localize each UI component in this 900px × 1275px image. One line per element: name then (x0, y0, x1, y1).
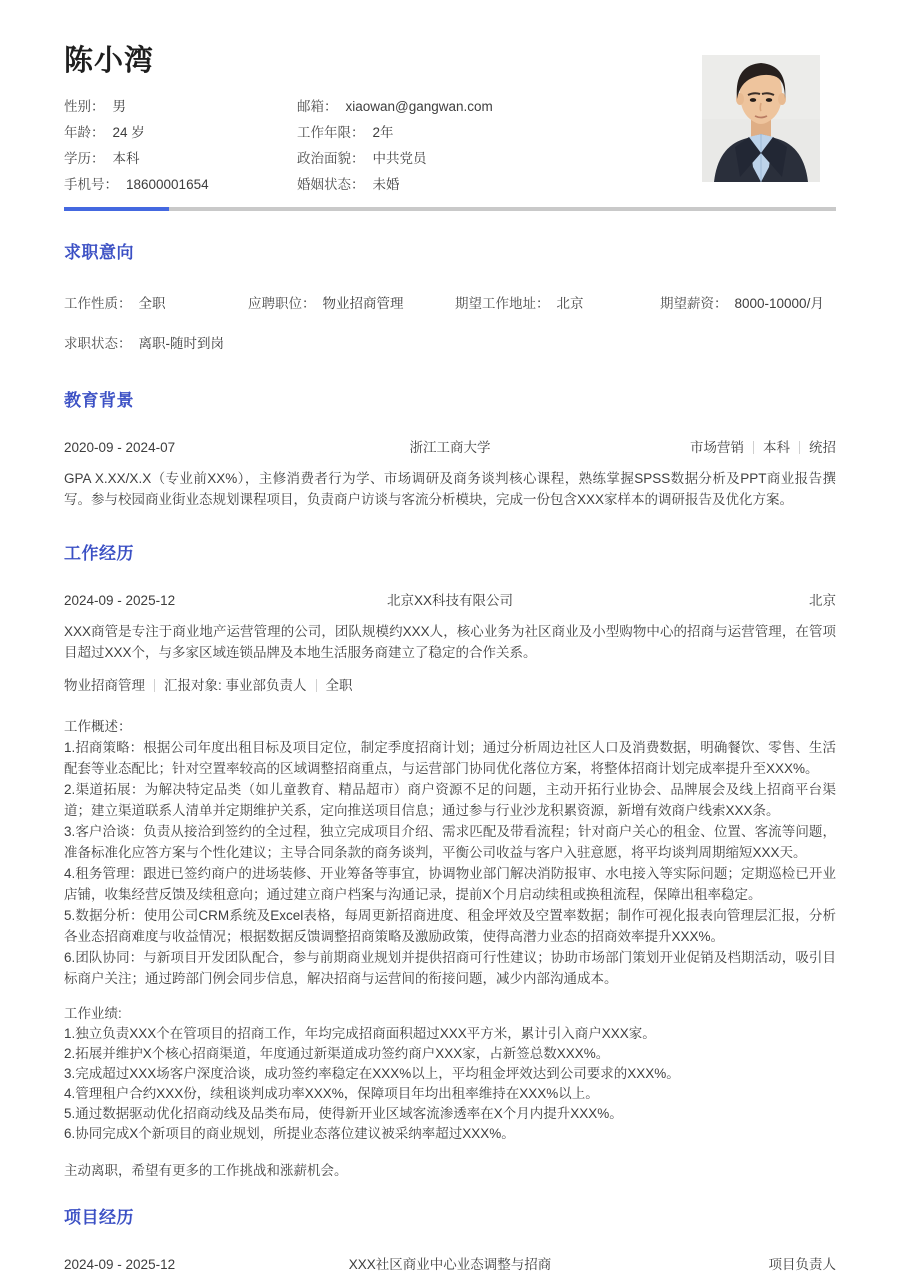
education-enroll-type: 统招 (809, 440, 836, 455)
work-overview-title: 工作概述： (64, 716, 836, 737)
section-title-education: 教育背景 (64, 390, 836, 412)
section-title-project: 项目经历 (64, 1207, 836, 1229)
work-achievement-item: 5.通过数据驱动优化招商动线及品类布局，使得新开业区域客流渗透率在X个月内提升X… (64, 1104, 836, 1124)
work-position: 物业招商管理 (64, 678, 145, 693)
field-target-location: 期望工作地址：北京 (455, 292, 660, 312)
work-location: 北京 (622, 589, 836, 609)
id-photo-illustration (702, 55, 820, 182)
education-description: GPA X.XX/X.X（专业前XX%），主修消费者行为学、市场调研及商务谈判核… (64, 468, 836, 510)
work-overview-item: 4.租务管理：跟进已签约商户的进场装修、开业筹备等事宜，协调物业部门解决消防报审… (64, 863, 836, 905)
work-overview: 工作概述： 1.招商策略：根据公司年度出租目标及项目定位，制定季度招商计划；通过… (64, 716, 836, 989)
work-achievement-item: 2.拓展并维护X个核心招商渠道，年度通过新渠道成功签约商户XXX家，占新签总数X… (64, 1044, 836, 1064)
work-report-to: 汇报对象: 事业部负责人 (164, 678, 307, 693)
section-project-experience: 项目经历 2024-09 - 2025-12 XXX社区商业中心业态调整与招商 … (64, 1207, 836, 1273)
separator-bar (316, 679, 317, 692)
section-education: 教育背景 2020-09 - 2024-07 浙江工商大学 市场营销本科统招 G… (64, 390, 836, 510)
work-company: 北京XX科技有限公司 (278, 589, 621, 609)
education-period: 2020-09 - 2024-07 (64, 440, 278, 455)
field-education-level: 学历：本科 (64, 146, 297, 172)
field-target-position: 应聘职位：物业招商管理 (248, 292, 455, 312)
work-overview-item: 2.渠道拓展：为解决特定品类（如儿童教育、精品超市）商户资源不足的问题，主动开拓… (64, 779, 836, 821)
section-work-experience: 工作经历 2024-09 - 2025-12 北京XX科技有限公司 北京 XXX… (64, 543, 836, 1179)
work-achievement-item: 4.管理租户合约XXX份，续租谈判成功率XXX%，保障项目年均出租率维持在XXX… (64, 1084, 836, 1104)
work-meta-row: 2024-09 - 2025-12 北京XX科技有限公司 北京 (64, 589, 836, 609)
work-position-line: 物业招商管理汇报对象: 事业部负责人全职 (64, 674, 836, 694)
project-role: 项目负责人 (622, 1253, 836, 1273)
field-expected-salary: 期望薪资：8000-10000/月 (660, 292, 836, 312)
work-overview-item: 6.团队协同：与新项目开发团队配合，参与前期商业规划并提供招商可行性建议；协助市… (64, 947, 836, 989)
project-name: XXX社区商业中心业态调整与招商 (278, 1253, 621, 1273)
work-achievements: 工作业绩: 1.独立负责XXX个在管项目的招商工作，年均完成招商面积超过XXX平… (64, 1004, 836, 1144)
header-divider (64, 207, 836, 211)
separator-bar (799, 441, 800, 454)
project-meta-row: 2024-09 - 2025-12 XXX社区商业中心业态调整与招商 项目负责人 (64, 1253, 836, 1273)
company-intro: XXX商管是专注于商业地产运营管理的公司，团队规模约XXX人，核心业务为社区商业… (64, 621, 836, 663)
separator-bar (753, 441, 754, 454)
work-overview-item: 5.数据分析：使用公司CRM系统及Excel表格，每周更新招商进度、租金坪效及空… (64, 905, 836, 947)
work-achievements-title: 工作业绩: (64, 1004, 836, 1024)
education-school: 浙江工商大学 (278, 436, 621, 456)
field-age: 年龄：24 岁 (64, 120, 297, 146)
work-job-type: 全职 (326, 678, 353, 693)
section-title-job-intent: 求职意向 (64, 242, 836, 264)
job-intent-row: 工作性质：全职 应聘职位：物业招商管理 期望工作地址：北京 期望薪资：8000-… (64, 292, 836, 312)
personal-info-left-column: 性别：男 年龄：24 岁 学历：本科 手机号：18600001654 (64, 94, 297, 198)
work-period: 2024-09 - 2025-12 (64, 593, 278, 608)
work-overview-item: 1.招商策略：根据公司年度出租目标及项目定位，制定季度招商计划；通过分析周边社区… (64, 737, 836, 779)
field-job-nature: 工作性质：全职 (64, 292, 248, 312)
education-degree: 本科 (763, 440, 790, 455)
work-achievement-item: 3.完成超过XXX场客户深度洽谈，成功签约率稳定在XXX%以上，平均租金坪效达到… (64, 1064, 836, 1084)
education-tags: 市场营销本科统招 (622, 436, 836, 456)
leave-reason: 主动离职，希望有更多的工作挑战和涨薪机会。 (64, 1159, 836, 1179)
id-photo (702, 55, 820, 182)
section-job-intent: 求职意向 工作性质：全职 应聘职位：物业招商管理 期望工作地址：北京 期望薪资：… (64, 242, 836, 352)
field-gender: 性别：男 (64, 94, 297, 120)
divider-accent-segment (64, 207, 169, 211)
divider-gray-segment (169, 207, 836, 211)
work-achievement-item: 6.协同完成X个新项目的商业规划，所提业态落位建议被采纳率超过XXX%。 (64, 1124, 836, 1144)
education-major: 市场营销 (690, 440, 744, 455)
field-job-status: 求职状态：离职-随时到岗 (64, 332, 836, 352)
work-achievement-item: 1.独立负责XXX个在管项目的招商工作，年均完成招商面积超过XXX平方米，累计引… (64, 1024, 836, 1044)
education-meta-row: 2020-09 - 2024-07 浙江工商大学 市场营销本科统招 (64, 436, 836, 456)
work-overview-item: 3.客户洽谈：负责从接洽到签约的全过程，独立完成项目介绍、需求匹配及带看流程；针… (64, 821, 836, 863)
project-period: 2024-09 - 2025-12 (64, 1257, 278, 1272)
field-phone: 手机号：18600001654 (64, 172, 297, 198)
section-title-work: 工作经历 (64, 543, 836, 565)
separator-bar (154, 679, 155, 692)
resume-page: 陈小湾 性别：男 年龄：24 岁 学历：本科 手机号：18600001654 邮… (0, 0, 900, 1273)
